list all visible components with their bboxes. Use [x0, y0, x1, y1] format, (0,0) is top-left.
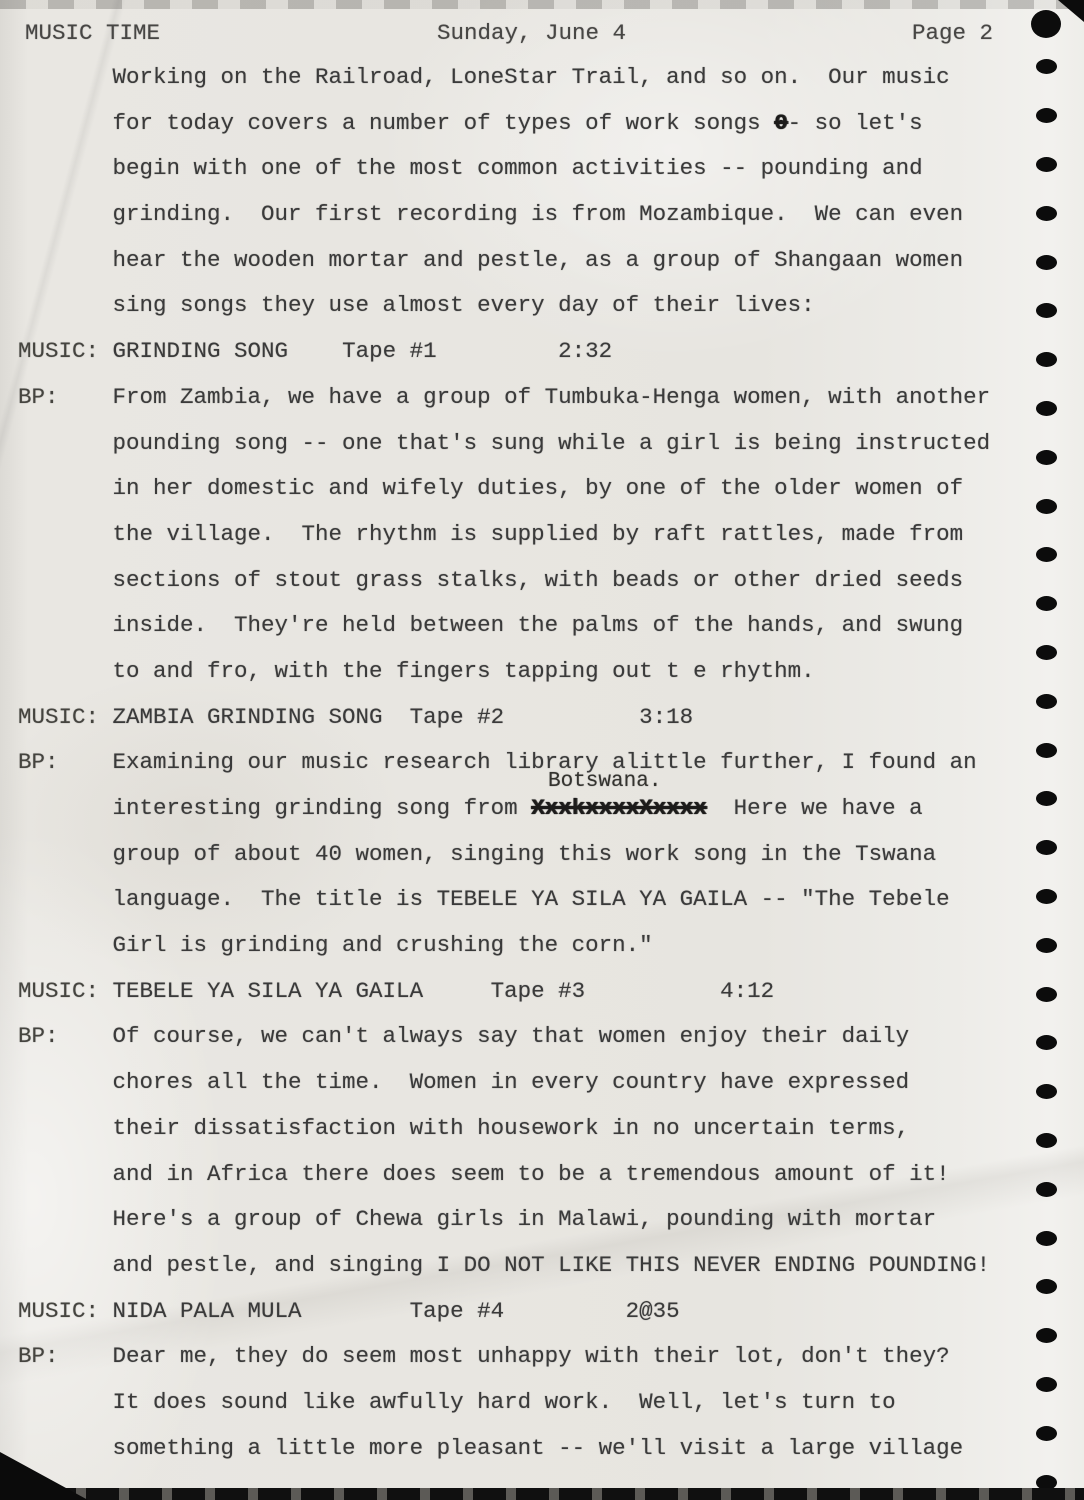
binding-hole-dot — [1036, 987, 1057, 1002]
script-line: to and fro, with the fingers tapping out… — [18, 649, 1038, 695]
binding-hole-dot — [1036, 1035, 1057, 1050]
speaker-label — [18, 64, 113, 90]
cue-title: TEBELE YA SILA YA GAILA — [113, 978, 424, 1004]
binding-hole-dot — [1031, 10, 1061, 38]
cue-duration: 3:18 — [639, 704, 693, 730]
speaker-label: BP: — [18, 1023, 113, 1049]
script-line: inside. They're held between the palms o… — [18, 603, 1038, 649]
script-line: MUSIC: NIDA PALA MULA Tape #4 2@35 — [18, 1289, 1038, 1335]
binding-hole-dot — [1036, 1084, 1057, 1099]
header-date: Sunday, June 4 — [437, 20, 626, 46]
speaker-label — [18, 155, 113, 181]
binding-hole-dot — [1036, 1231, 1057, 1246]
speaker-label — [18, 430, 113, 456]
script-line: BP: Of course, we can't always say that … — [18, 1014, 1038, 1060]
show-title: MUSIC TIME — [25, 20, 160, 46]
cue-tape-number: Tape #3 — [491, 978, 586, 1004]
binding-hole-dot — [1036, 303, 1057, 318]
script-line: their dissatisfaction with housework in … — [18, 1106, 1038, 1152]
speaker-label — [18, 521, 113, 547]
struck-out-text: XxxkxxxxXxxxx — [531, 795, 707, 821]
script-line: BP: Examining our music research library… — [18, 740, 1038, 786]
binding-hole-dot — [1036, 840, 1057, 855]
binding-hole-dot — [1036, 1133, 1057, 1148]
script-line: Here's a group of Chewa girls in Malawi,… — [18, 1197, 1038, 1243]
binding-hole-dot — [1036, 206, 1057, 221]
binding-hole-dot — [1036, 596, 1057, 611]
cue-tape-number: Tape #2 — [410, 704, 505, 730]
binding-hole-dot — [1036, 255, 1057, 270]
binding-hole-dot — [1036, 352, 1057, 367]
typewritten-script-page: MUSIC TIME Sunday, June 4 Page 2 Working… — [0, 0, 1084, 1500]
script-line: grinding. Our first recording is from Mo… — [18, 192, 1038, 238]
script-line: MUSIC: GRINDING SONG Tape #1 2:32 — [18, 329, 1038, 375]
script-line: MUSIC: TEBELE YA SILA YA GAILA Tape #3 4… — [18, 969, 1038, 1015]
script-line: for today covers a number of types of wo… — [18, 101, 1038, 147]
cue-duration: 4:12 — [720, 978, 774, 1004]
script-line: language. The title is TEBELE YA SILA YA… — [18, 877, 1038, 923]
speaker-label — [18, 110, 113, 136]
script-line: BP: From Zambia, we have a group of Tumb… — [18, 375, 1038, 421]
speaker-label — [18, 1252, 113, 1278]
cue-title: ZAMBIA GRINDING SONG — [113, 704, 383, 730]
speaker-label: MUSIC: — [18, 338, 113, 364]
speaker-label: BP: — [18, 1343, 113, 1369]
binding-hole-dot — [1036, 108, 1057, 123]
script-line: and in Africa there does seem to be a tr… — [18, 1152, 1038, 1198]
binding-hole-dot — [1036, 1279, 1057, 1294]
speaker-label — [18, 1069, 113, 1095]
speaker-label — [18, 247, 113, 273]
speaker-label: MUSIC: — [18, 704, 113, 730]
binding-hole-dot — [1036, 1182, 1057, 1197]
speaker-label — [18, 567, 113, 593]
speaker-label — [18, 292, 113, 318]
page-number: Page 2 — [912, 20, 993, 46]
speaker-label: MUSIC: — [18, 978, 113, 1004]
speaker-label — [18, 1435, 113, 1461]
struck-out-text: 0 — [774, 110, 788, 136]
page-header: MUSIC TIME Sunday, June 4 Page 2 — [0, 0, 1084, 50]
binding-hole-dot — [1036, 791, 1057, 806]
cue-tape-number: Tape #1 — [342, 338, 437, 364]
script-line: and pestle, and singing I DO NOT LIKE TH… — [18, 1243, 1038, 1289]
speaker-label — [18, 1389, 113, 1415]
page-bottom-edge — [0, 1488, 1084, 1500]
speaker-label — [18, 475, 113, 501]
speaker-label — [18, 795, 113, 821]
speaker-label — [18, 1115, 113, 1141]
binding-hole-dot — [1036, 499, 1057, 514]
script-line: Working on the Railroad, LoneStar Trail,… — [18, 55, 1038, 101]
binding-hole-dot — [1036, 450, 1057, 465]
speaker-label — [18, 841, 113, 867]
binding-hole-dot — [1036, 547, 1057, 562]
script-line: pounding song -- one that's sung while a… — [18, 421, 1038, 467]
script-line: something a little more pleasant -- we'l… — [18, 1426, 1038, 1472]
script-line: in her domestic and wifely duties, by on… — [18, 466, 1038, 512]
inserted-correction-text: Botswana. — [548, 770, 661, 793]
cue-title: GRINDING SONG — [113, 338, 289, 364]
speaker-label — [18, 1206, 113, 1232]
script-body: Working on the Railroad, LoneStar Trail,… — [18, 55, 1038, 1471]
speaker-label: MUSIC: — [18, 1298, 113, 1324]
script-line: BP: Dear me, they do seem most unhappy w… — [18, 1334, 1038, 1380]
speaker-label: BP: — [18, 749, 113, 775]
cue-duration: 2:32 — [558, 338, 612, 364]
binding-hole-dot — [1036, 743, 1057, 758]
binding-hole-dot — [1036, 938, 1057, 953]
script-line: sections of stout grass stalks, with bea… — [18, 558, 1038, 604]
speaker-label — [18, 932, 113, 958]
binding-hole-dot — [1036, 157, 1057, 172]
script-line: hear the wooden mortar and pestle, as a … — [18, 238, 1038, 284]
binding-hole-dot — [1036, 645, 1057, 660]
speaker-label — [18, 1161, 113, 1187]
binding-hole-dot — [1036, 1377, 1057, 1392]
cue-title: NIDA PALA MULA — [113, 1298, 302, 1324]
binding-hole-dot — [1036, 59, 1057, 74]
script-line: It does sound like awfully hard work. We… — [18, 1380, 1038, 1426]
script-line: sing songs they use almost every day of … — [18, 283, 1038, 329]
binding-hole-dot — [1036, 1426, 1057, 1441]
script-line: group of about 40 women, singing this wo… — [18, 832, 1038, 878]
script-line: begin with one of the most common activi… — [18, 146, 1038, 192]
binding-hole-dot — [1036, 401, 1057, 416]
script-line: MUSIC: ZAMBIA GRINDING SONG Tape #2 3:18 — [18, 695, 1038, 741]
speaker-label: BP: — [18, 384, 113, 410]
cue-duration: 2@35 — [626, 1298, 680, 1324]
script-line: the village. The rhythm is supplied by r… — [18, 512, 1038, 558]
script-line: chores all the time. Women in every coun… — [18, 1060, 1038, 1106]
binding-hole-dot — [1036, 889, 1057, 904]
speaker-label — [18, 658, 113, 684]
script-line: interesting grinding song from XxxkxxxxX… — [18, 786, 1038, 832]
speaker-label — [18, 886, 113, 912]
binding-hole-dot — [1036, 1328, 1057, 1343]
binding-holes-column — [1000, 0, 1084, 1500]
cue-tape-number: Tape #4 — [410, 1298, 505, 1324]
binding-hole-dot — [1036, 694, 1057, 709]
speaker-label — [18, 612, 113, 638]
script-line: Girl is grinding and crushing the corn." — [18, 923, 1038, 969]
speaker-label — [18, 201, 113, 227]
